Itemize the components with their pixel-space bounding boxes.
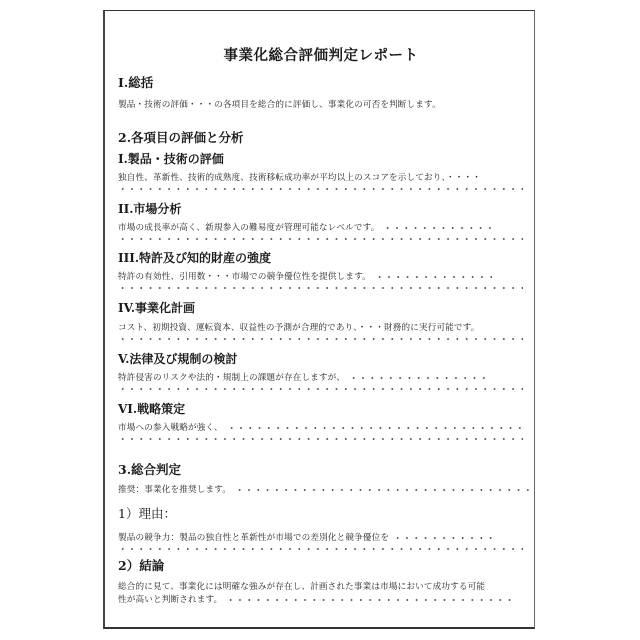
conclusion-text-line2: 性が高いと判断されます。 [118, 593, 516, 605]
subsection-commercialization-plan-heading: IV.事業化計画 [118, 299, 195, 316]
dotted-rule [118, 338, 523, 340]
dotted-rule [118, 548, 523, 550]
subsection-legal-heading: V.法律及び規制の検討 [118, 350, 237, 367]
section-3-recommendation-text: 推奨：事業化を推奨します。 [118, 483, 531, 495]
dotted-rule [118, 287, 523, 289]
conclusion-heading: 2）結論 [118, 556, 164, 574]
document-title: 事業化総合評価判定レポート [105, 44, 537, 65]
subsection-product-tech-heading: I.製品・技術の評価 [118, 150, 224, 167]
subsection-patent-text: 特許の有効性、引用数・・・市場での競争優位性を提供します。 [118, 270, 499, 282]
subsection-patent-heading: III.特許及び知的財産の強度 [118, 249, 271, 266]
dotted-rule [118, 438, 523, 440]
subsection-strategy-heading: VI.戦略策定 [118, 400, 185, 417]
subsection-strategy-text: 市場への参入戦略が強く、 [118, 421, 527, 433]
section-1-text: 製品・技術の評価・・・の各項目を総合的に評価し、事業化の可否を判断します。 [118, 98, 441, 110]
reason-heading: 1）理由： [118, 504, 176, 522]
reason-text: 製品の競争力：製品の独自性と革新性が市場での差別化と競争優位を [118, 531, 497, 543]
dotted-rule [118, 188, 523, 190]
conclusion-text-line1: 総合的に見て、事業化には明確な強みが存在し、計画された事業は市場において成功する… [118, 580, 485, 592]
dotted-rule [118, 388, 523, 390]
section-2-heading: 2.各項目の評価と分析 [118, 128, 244, 146]
dotted-rule [118, 238, 523, 240]
subsection-market-text: 市場の成長率が高く、新規参入の難易度が管理可能なレベルです。 [118, 221, 495, 233]
document-page: 事業化総合評価判定レポート I.総括 製品・技術の評価・・・の各項目を総合的に評… [103, 10, 535, 629]
section-3-heading: 3.総合判定 [118, 460, 181, 478]
section-1-heading: I.総括 [118, 73, 153, 91]
subsection-market-heading: II.市場分析 [118, 200, 181, 217]
subsection-product-tech-text: 独自性、革新性、技術的成熟度、技術移転成功率が平均以上のスコアを示しており、・・… [118, 171, 481, 183]
subsection-legal-text: 特許侵害のリスクや法的・規制上の課題が存在しますが、 [118, 371, 489, 383]
subsection-commercialization-plan-text: コスト、初期投資、運転資本、収益性の予測が合理的であり、・・・財務的に実行可能で… [118, 321, 479, 333]
